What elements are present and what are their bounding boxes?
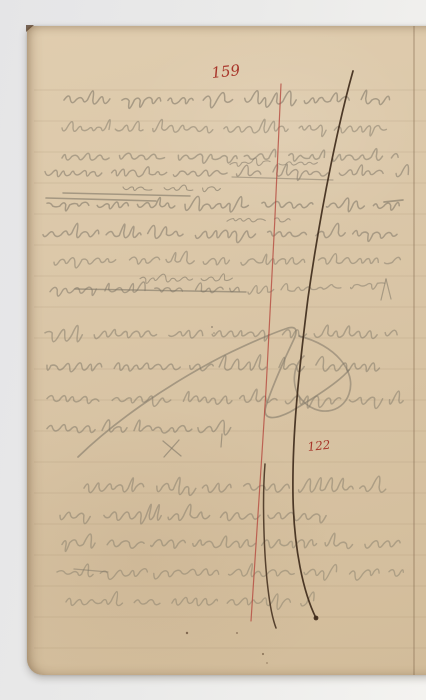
page-edge-shading [27,26,426,675]
page-fold-line [413,26,415,675]
page-corner-chip [26,25,34,32]
manuscript-page [27,26,426,675]
scanner-background: 159122 [0,0,426,700]
